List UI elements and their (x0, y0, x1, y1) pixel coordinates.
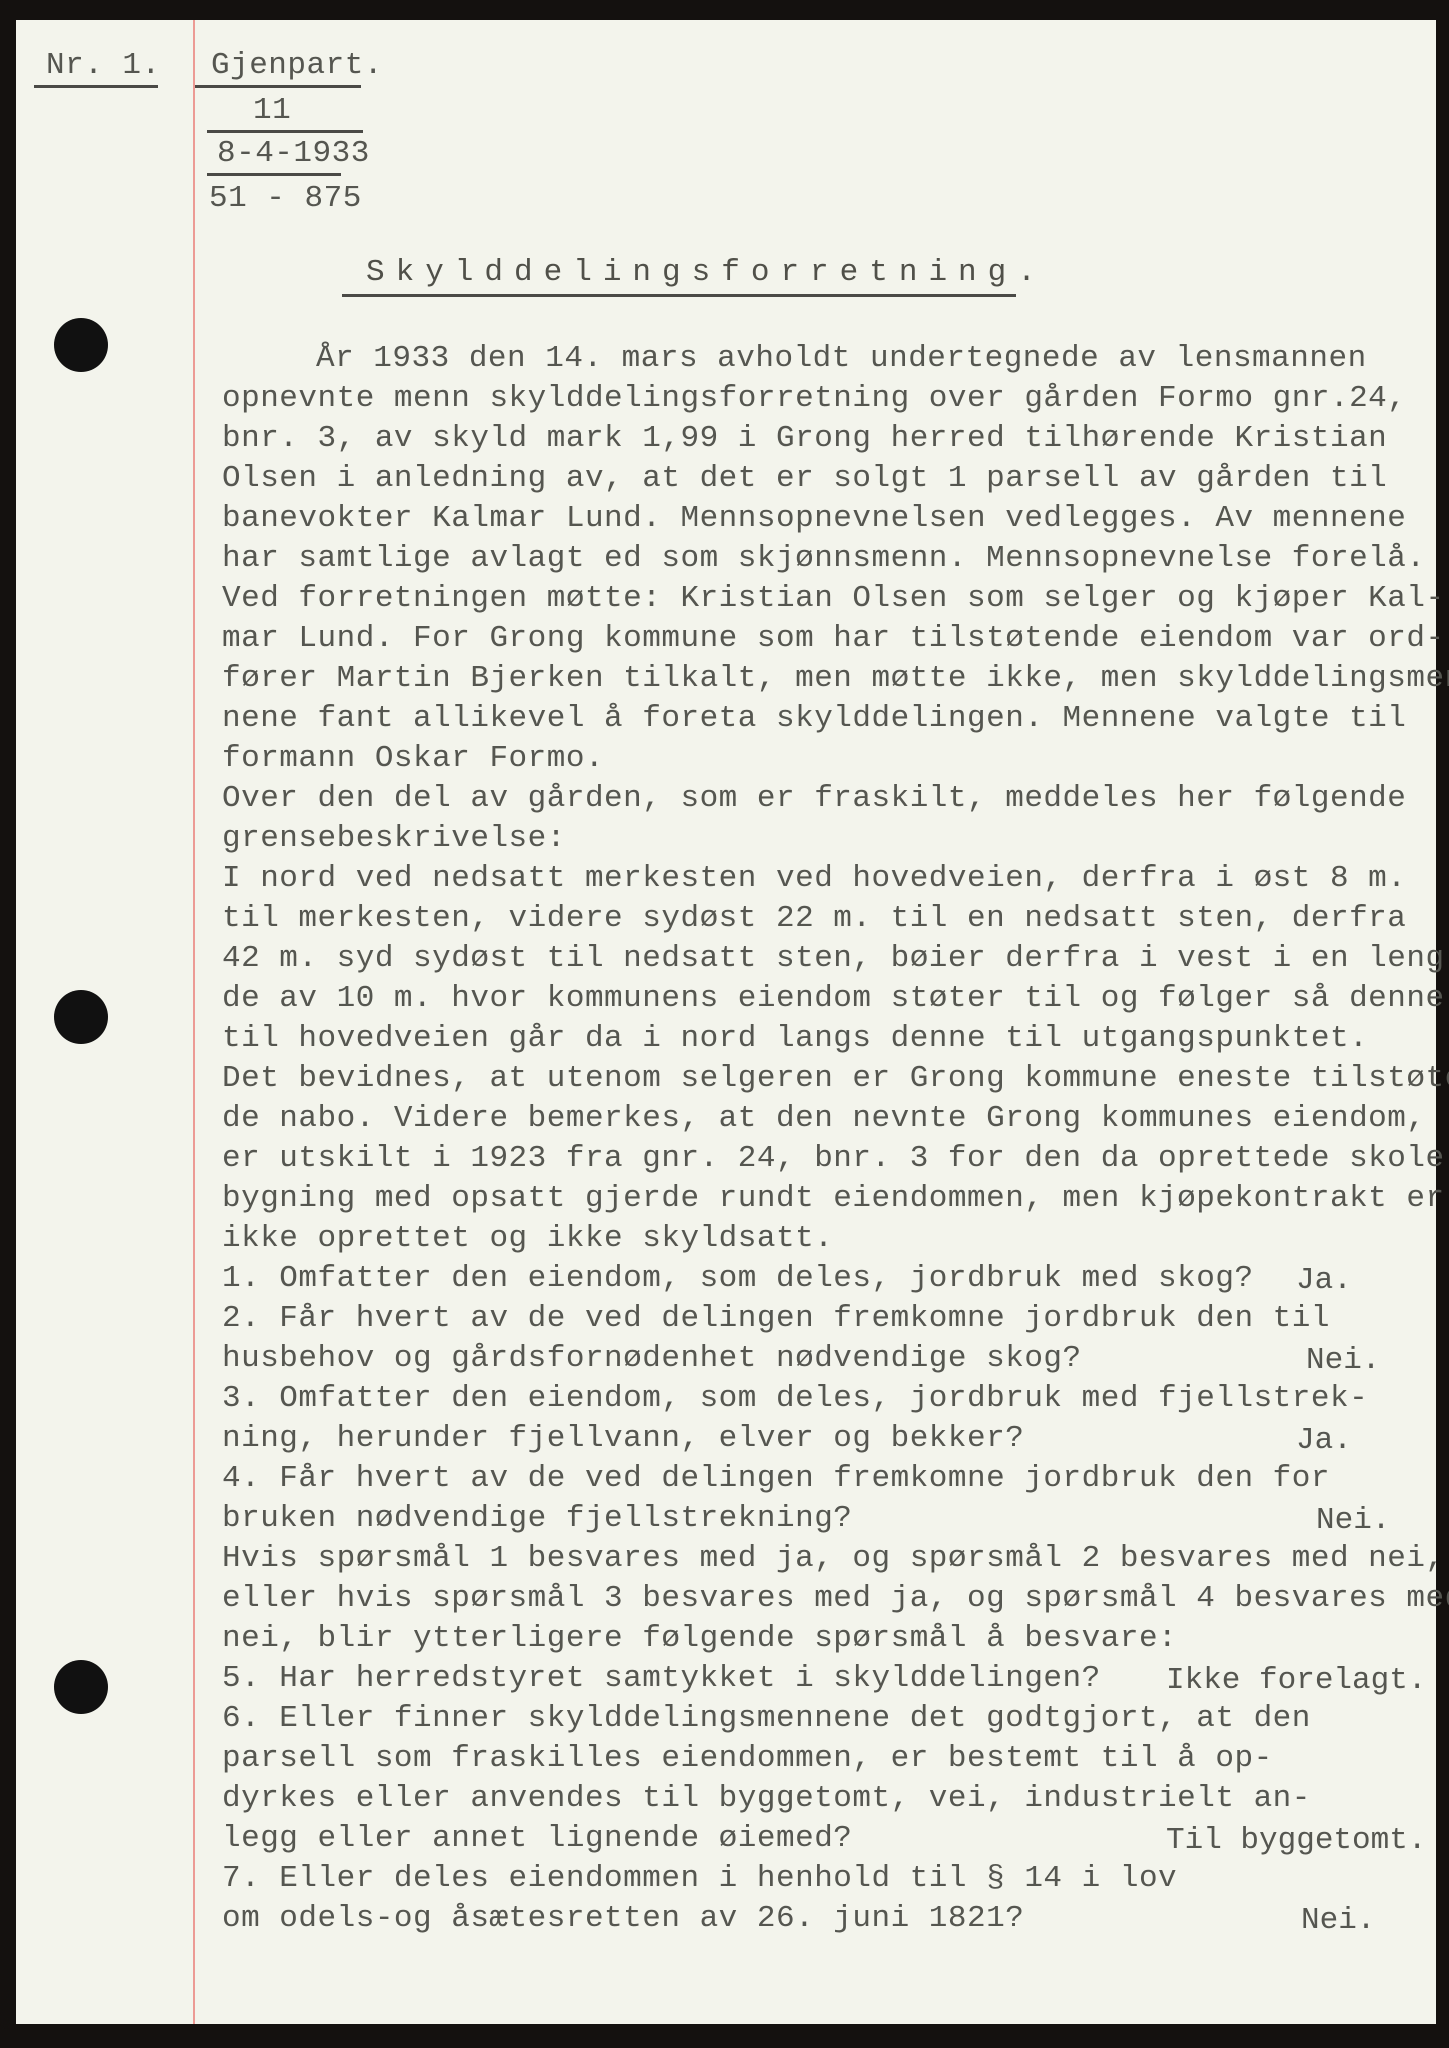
body-line: til merkesten, videre sydøst 22 m. til e… (222, 903, 1406, 934)
question-line: 2. Får hvert av de ved delingen fremkomn… (222, 1303, 1330, 1334)
body-line: har samtlige avlagt ed som skjønnsmenn. … (222, 543, 1426, 574)
document-number: Nr. 1. (34, 50, 158, 88)
body-line: Det bevidnes, at utenom selgeren er Gron… (222, 1063, 1449, 1094)
answer-q4: Nei. (1316, 1503, 1390, 1538)
question-line: om odels-og åsætesretten av 26. juni 182… (222, 1903, 1024, 1934)
punch-hole-icon (54, 990, 108, 1044)
punch-hole-icon (54, 1660, 108, 1714)
body-line: mar Lund. For Grong kommune som har tils… (222, 623, 1445, 654)
body-line: 42 m. syd sydøst til nedsatt sten, bøier… (222, 943, 1449, 974)
answer-q5: Ikke forelagt. (1166, 1663, 1426, 1698)
body-line: nene fant allikevel å foreta skylddeling… (222, 703, 1406, 734)
question-line: legg eller annet lignende øiemed? (222, 1823, 852, 1854)
question-line: bruken nødvendige fjellstrekning? (222, 1503, 852, 1534)
margin-line (193, 20, 195, 2024)
body-line: de av 10 m. hvor kommunens eiendom støte… (222, 983, 1445, 1014)
reference-number: 51 - 875 (209, 183, 362, 214)
body-line: Hvis spørsmål 1 besvares med ja, og spør… (222, 1543, 1445, 1574)
body-line: År 1933 den 14. mars avholdt undertegned… (316, 343, 1367, 374)
body-line: er utskilt i 1923 fra gnr. 24, bnr. 3 fo… (222, 1143, 1449, 1174)
body-line: nei, blir ytterligere følgende spørsmål … (222, 1623, 1177, 1654)
body-line: de nabo. Videre bemerkes, at den nevnte … (222, 1103, 1426, 1134)
document-date: 8-4-1933 (207, 138, 341, 176)
body-line: formann Oskar Formo. (222, 743, 604, 774)
question-line: 1. Omfatter den eiendom, som deles, jord… (222, 1263, 1254, 1294)
document-page: Nr. 1. Gjenpart. 11 8-4-1933 51 - 875 Sk… (16, 20, 1436, 2024)
question-line: 7. Eller deles eiendommen i henhold til … (222, 1863, 1177, 1894)
answer-q6: Til byggetomt. (1166, 1823, 1426, 1858)
body-line: Olsen i anledning av, at det er solgt 1 … (222, 463, 1387, 494)
question-line: 6. Eller finner skylddelingsmennene det … (222, 1703, 1311, 1734)
body-line: opnevnte menn skylddelingsforretning ove… (222, 383, 1406, 414)
body-line: fører Martin Bjerken tilkalt, men møtte … (222, 663, 1449, 694)
document-title: Skylddelingsforretning. (342, 255, 1016, 297)
question-line: 3. Omfatter den eiendom, som deles, jord… (222, 1383, 1368, 1414)
punch-hole-icon (54, 318, 108, 372)
body-line: bnr. 3, av skyld mark 1,99 i Grong herre… (222, 423, 1387, 454)
question-line: ning, herunder fjellvann, elver og bekke… (222, 1423, 1024, 1454)
body-line: Over den del av gården, som er fraskilt,… (222, 783, 1406, 814)
question-line: dyrkes eller anvendes til byggetomt, vei… (222, 1783, 1311, 1814)
body-line: I nord ved nedsatt merkesten ved hovedve… (222, 863, 1406, 894)
answer-q3: Ja. (1296, 1423, 1352, 1458)
body-line: til hovedveien går da i nord langs denne… (222, 1023, 1368, 1054)
copy-label: Gjenpart. (195, 50, 361, 88)
question-line: 4. Får hvert av de ved delingen fremkomn… (222, 1463, 1330, 1494)
body-line: eller hvis spørsmål 3 besvares med ja, o… (222, 1583, 1449, 1614)
question-line: parsell som fraskilles eiendommen, er be… (222, 1743, 1273, 1774)
body-line: bygning med opsatt gjerde rundt eiendomm… (222, 1183, 1445, 1214)
body-line: Ved forretningen møtte: Kristian Olsen s… (222, 583, 1445, 614)
answer-q7: Nei. (1301, 1903, 1375, 1938)
answer-q1: Ja. (1296, 1263, 1352, 1298)
question-line: husbehov og gårdsfornødenhet nødvendige … (222, 1343, 1082, 1374)
body-line: banevokter Kalmar Lund. Mennsopnevnelsen… (222, 503, 1406, 534)
body-line: grensebeskrivelse: (222, 823, 566, 854)
sheet-number: 11 (207, 95, 363, 133)
body-line: ikke oprettet og ikke skyldsatt. (222, 1223, 833, 1254)
question-line: 5. Har herredstyret samtykket i skylddel… (222, 1663, 1101, 1694)
answer-q2: Nei. (1306, 1343, 1380, 1378)
